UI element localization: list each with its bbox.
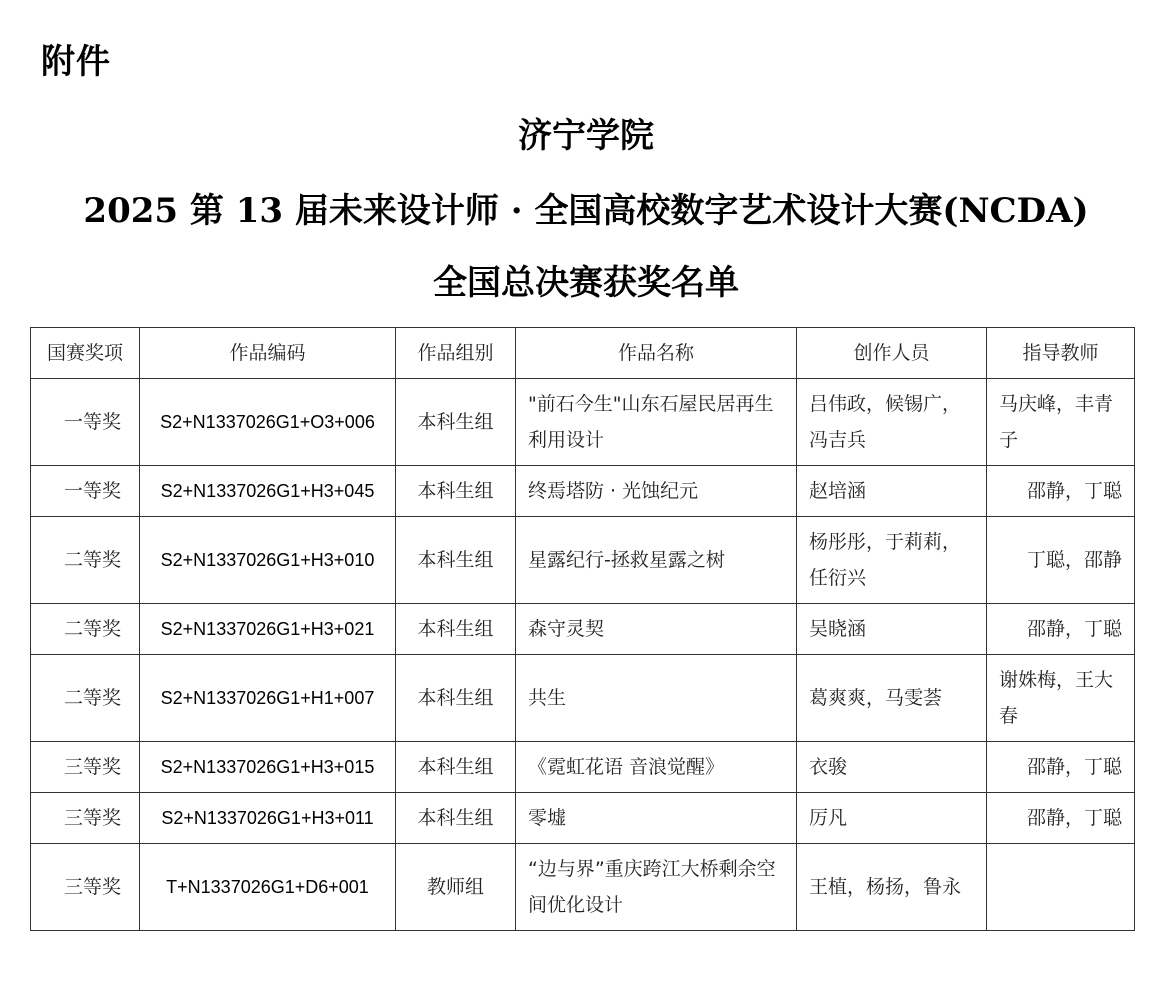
- cell-title: 零墟: [516, 793, 797, 844]
- cell-award: 二等奖: [31, 655, 140, 742]
- cell-award: 二等奖: [31, 604, 140, 655]
- cell-code: S2+N1337026G1+H1+007: [140, 655, 396, 742]
- cell-advisors: 谢姝梅，王大春: [987, 655, 1135, 742]
- cell-advisors: [987, 844, 1135, 931]
- cell-award: 三等奖: [31, 844, 140, 931]
- cell-code: S2+N1337026G1+H3+011: [140, 793, 396, 844]
- cell-advisors: 邵静，丁聪: [987, 793, 1135, 844]
- cell-creators: 厉凡: [797, 793, 987, 844]
- cell-title: 星露纪行-拯救星露之树: [516, 517, 797, 604]
- cell-code: S2+N1337026G1+O3+006: [140, 379, 396, 466]
- cell-creators: 王植，杨扬，鲁永: [797, 844, 987, 931]
- cell-group: 本科生组: [396, 793, 516, 844]
- cell-title: 森守灵契: [516, 604, 797, 655]
- header-advisors: 指导教师: [987, 328, 1135, 379]
- table-row: 一等奖 S2+N1337026G1+O3+006 本科生组 "前石今生"山东石屋…: [31, 379, 1135, 466]
- title-competition: 2025 第 13 届未来设计师 · 全国高校数字艺术设计大赛(NCDA): [0, 183, 1172, 232]
- cell-code: S2+N1337026G1+H3+045: [140, 466, 396, 517]
- cell-title: 共生: [516, 655, 797, 742]
- attachment-label: 附件: [41, 34, 111, 83]
- table-row: 三等奖 T+N1337026G1+D6+001 教师组 “边与界”重庆跨江大桥剩…: [31, 844, 1135, 931]
- cell-award: 三等奖: [31, 742, 140, 793]
- header-title: 作品名称: [516, 328, 797, 379]
- table-row: 二等奖 S2+N1337026G1+H1+007 本科生组 共生 葛爽爽，马雯荟…: [31, 655, 1135, 742]
- table-row: 二等奖 S2+N1337026G1+H3+010 本科生组 星露纪行-拯救星露之…: [31, 517, 1135, 604]
- cell-group: 本科生组: [396, 379, 516, 466]
- cell-award: 三等奖: [31, 793, 140, 844]
- cell-creators: 吕伟政，候锡广，冯吉兵: [797, 379, 987, 466]
- cell-advisors: 邵静，丁聪: [987, 604, 1135, 655]
- cell-award: 一等奖: [31, 466, 140, 517]
- cell-advisors: 邵静，丁聪: [987, 466, 1135, 517]
- cell-creators: 赵培涵: [797, 466, 987, 517]
- cell-title: 终焉塔防 · 光蚀纪元: [516, 466, 797, 517]
- header-group: 作品组别: [396, 328, 516, 379]
- table-row: 三等奖 S2+N1337026G1+H3+015 本科生组 《霓虹花语 音浪觉醒…: [31, 742, 1135, 793]
- cell-group: 教师组: [396, 844, 516, 931]
- cell-code: S2+N1337026G1+H3+021: [140, 604, 396, 655]
- cell-title: “边与界”重庆跨江大桥剩余空间优化设计: [516, 844, 797, 931]
- table-row: 二等奖 S2+N1337026G1+H3+021 本科生组 森守灵契 吴晓涵 邵…: [31, 604, 1135, 655]
- cell-creators: 葛爽爽，马雯荟: [797, 655, 987, 742]
- cell-creators: 杨彤彤，于莉莉，任衍兴: [797, 517, 987, 604]
- cell-advisors: 邵静，丁聪: [987, 742, 1135, 793]
- title-list: 全国总决赛获奖名单: [0, 255, 1172, 304]
- cell-creators: 吴晓涵: [797, 604, 987, 655]
- cell-code: T+N1337026G1+D6+001: [140, 844, 396, 931]
- cell-group: 本科生组: [396, 517, 516, 604]
- table-header-row: 国赛奖项 作品编码 作品组别 作品名称 创作人员 指导教师: [31, 328, 1135, 379]
- cell-advisors: 马庆峰，丰青子: [987, 379, 1135, 466]
- cell-title: "前石今生"山东石屋民居再生利用设计: [516, 379, 797, 466]
- cell-group: 本科生组: [396, 604, 516, 655]
- title-school: 济宁学院: [0, 108, 1172, 157]
- cell-award: 二等奖: [31, 517, 140, 604]
- header-creators: 创作人员: [797, 328, 987, 379]
- table-row: 三等奖 S2+N1337026G1+H3+011 本科生组 零墟 厉凡 邵静，丁…: [31, 793, 1135, 844]
- cell-group: 本科生组: [396, 466, 516, 517]
- cell-group: 本科生组: [396, 742, 516, 793]
- cell-creators: 衣骏: [797, 742, 987, 793]
- header-code: 作品编码: [140, 328, 396, 379]
- cell-code: S2+N1337026G1+H3+015: [140, 742, 396, 793]
- cell-award: 一等奖: [31, 379, 140, 466]
- table-row: 一等奖 S2+N1337026G1+H3+045 本科生组 终焉塔防 · 光蚀纪…: [31, 466, 1135, 517]
- cell-group: 本科生组: [396, 655, 516, 742]
- awards-table: 国赛奖项 作品编码 作品组别 作品名称 创作人员 指导教师 一等奖 S2+N13…: [30, 327, 1135, 931]
- header-award: 国赛奖项: [31, 328, 140, 379]
- cell-title: 《霓虹花语 音浪觉醒》: [516, 742, 797, 793]
- cell-code: S2+N1337026G1+H3+010: [140, 517, 396, 604]
- cell-advisors: 丁聪，邵静: [987, 517, 1135, 604]
